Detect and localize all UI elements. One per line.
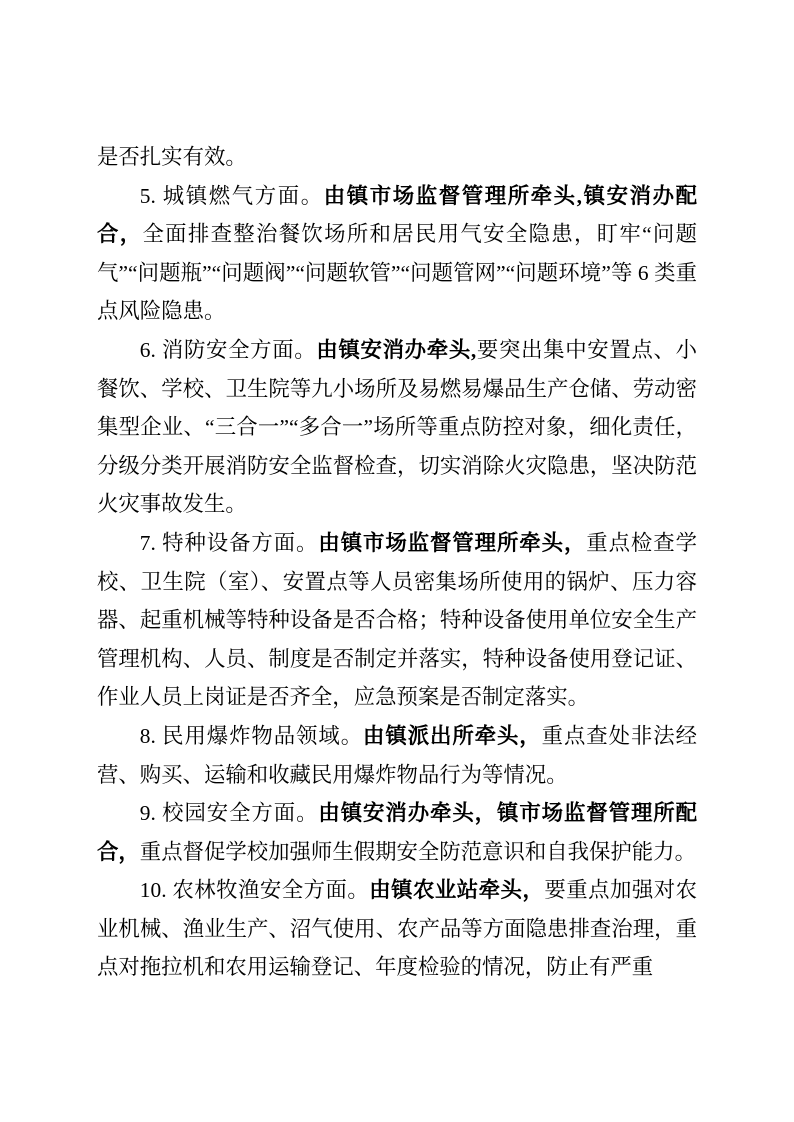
text-segment: 由镇农业站牵头， <box>369 878 544 902</box>
paragraph: 7. 特种设备方面。由镇市场监督管理所牵头，重点检查学校、卫生院（室）、安置点等… <box>97 524 697 717</box>
paragraph: 是否扎实有效。 <box>97 138 697 177</box>
paragraph: 5. 城镇燃气方面。由镇市场监督管理所牵头,镇安消办配合，全面排查整治餐饮场所和… <box>97 177 697 331</box>
text-segment: 8. 民用爆炸物品领域。 <box>140 724 363 748</box>
text-segment: 由镇派出所牵头， <box>363 724 542 748</box>
paragraph: 9. 校园安全方面。由镇安消办牵头，镇市场监督管理所配合，重点督促学校加强师生假… <box>97 794 697 871</box>
text-segment: 由镇安消办牵头, <box>316 338 476 362</box>
text-segment: 9. 校园安全方面。 <box>140 801 319 825</box>
text-segment: 5. 城镇燃气方面。 <box>140 184 324 208</box>
text-segment: 要突出集中安置点、小餐饮、学校、卫生院等九小场所及易燃易爆品生产仓储、劳动密集型… <box>97 338 697 516</box>
text-segment: 全面排查整治餐饮场所和居民用气安全隐患，盯牢“问题气”“问题瓶”“问题阀”“问题… <box>97 222 697 323</box>
paragraph: 6. 消防安全方面。由镇安消办牵头,要突出集中安置点、小餐饮、学校、卫生院等九小… <box>97 331 697 524</box>
paragraph: 8. 民用爆炸物品领域。由镇派出所牵头，重点查处非法经营、购买、运输和收藏民用爆… <box>97 717 697 794</box>
document-page: 是否扎实有效。5. 城镇燃气方面。由镇市场监督管理所牵头,镇安消办配合，全面排查… <box>0 0 794 1122</box>
text-segment: 重点检查学校、卫生院（室）、安置点等人员密集场所使用的锅炉、压力容器、起重机械等… <box>97 531 697 709</box>
paragraph: 10. 农林牧渔安全方面。由镇农业站牵头，要重点加强对农业机械、渔业生产、沼气使… <box>97 871 697 987</box>
text-segment: 重点督促学校加强师生假期安全防范意识和自我保护能力。 <box>140 840 696 864</box>
text-segment: 是否扎实有效。 <box>97 145 247 169</box>
text-segment: 7. 特种设备方面。 <box>140 531 319 555</box>
text-segment: 6. 消防安全方面。 <box>140 338 317 362</box>
text-segment: 由镇市场监督管理所牵头， <box>318 531 586 555</box>
text-segment: 10. 农林牧渔安全方面。 <box>140 878 369 902</box>
text-block: 是否扎实有效。5. 城镇燃气方面。由镇市场监督管理所牵头,镇安消办配合，全面排查… <box>97 138 697 987</box>
